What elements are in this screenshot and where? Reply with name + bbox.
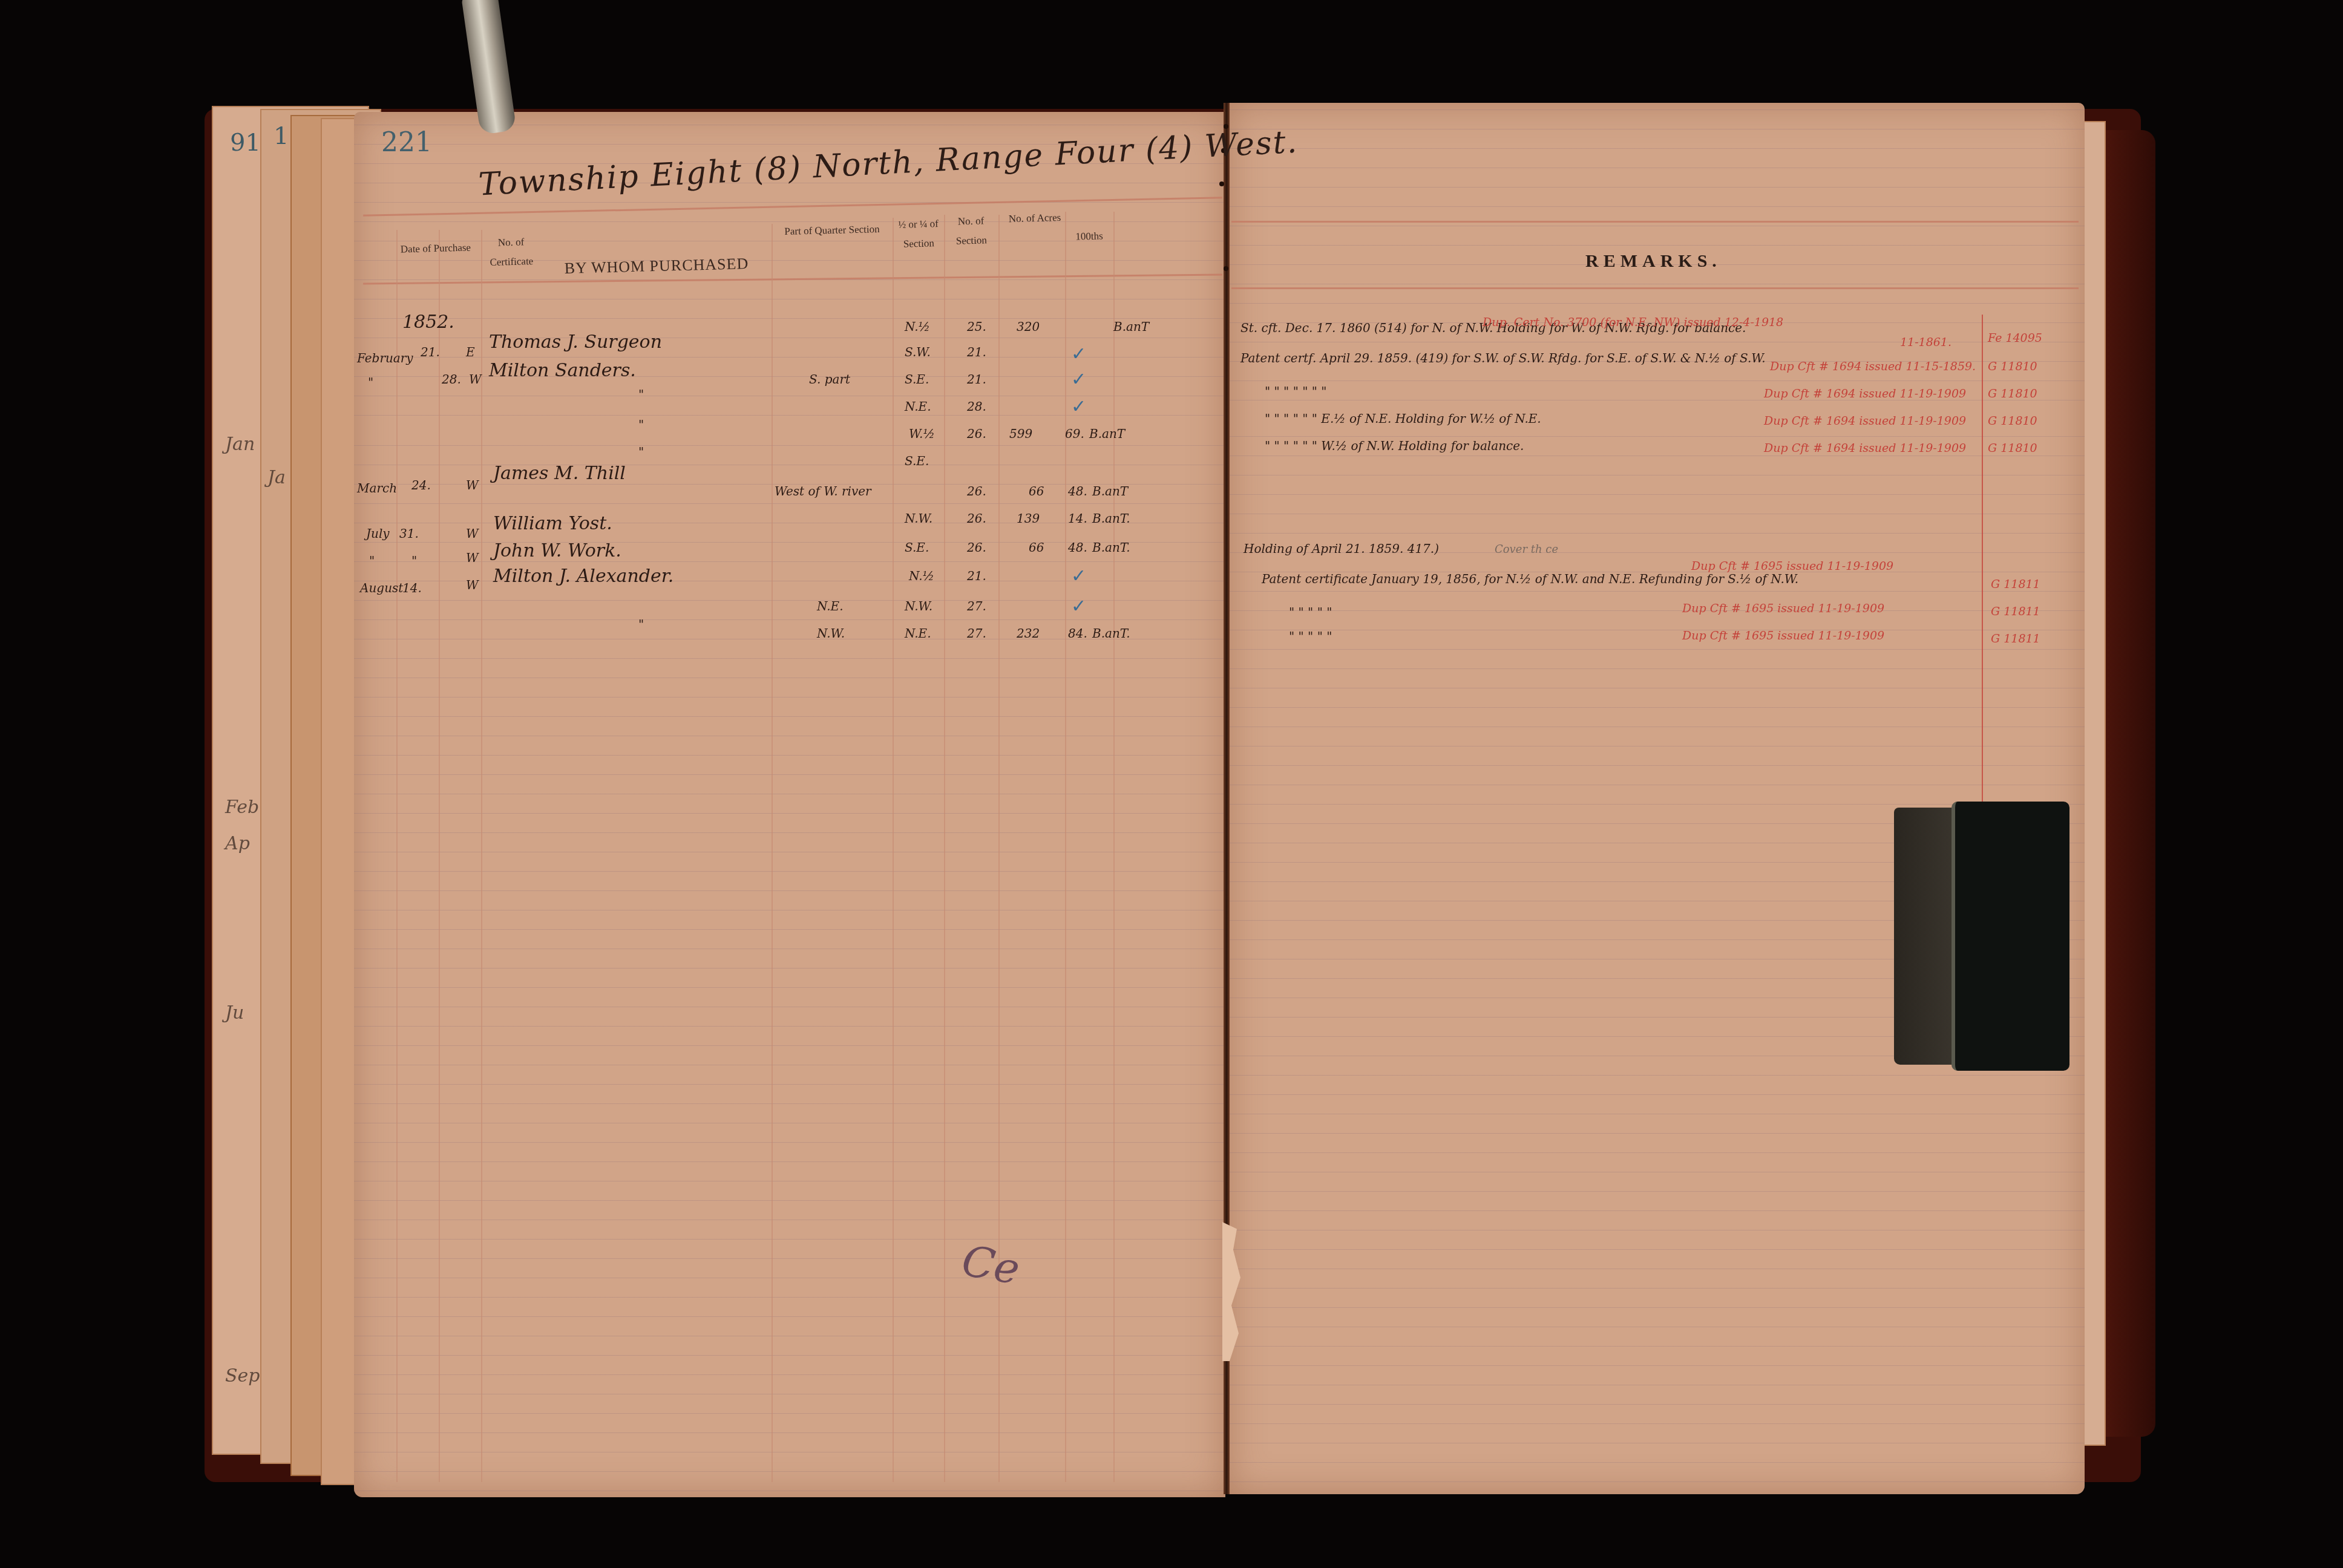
ditto-mark: ": [638, 617, 644, 632]
remark-red-annotation: 11-1861.: [1900, 336, 1951, 349]
remark-red-annotation: Dup Cft # 1695 issued 11-19-1909: [1682, 629, 1884, 642]
stitch-hole: [1219, 181, 1224, 186]
remark-red-annotation: Dup Cft # 1694 issued 11-19-1909: [1764, 442, 1966, 455]
remark-red-annotation: Dup Cft # 1694 issued 11-19-1909: [1764, 414, 1966, 428]
check-mark: ✓: [1071, 596, 1086, 617]
remark-text: " " " " ": [1289, 629, 1332, 644]
entry-quarter: S.E.: [905, 540, 929, 555]
remark-faint-note: Cover th ce: [1495, 543, 1558, 556]
remark-reference: G 11811: [1991, 578, 2040, 591]
remark-red-annotation: Dup Cft # 1695 issued 11-19-1909: [1682, 602, 1884, 615]
margin-note: Jan: [225, 434, 255, 455]
entry-section: 21.: [967, 569, 986, 583]
page-number: 221: [381, 127, 432, 158]
entry-note: B.anT.: [1092, 511, 1130, 526]
entry-section: 26.: [967, 511, 986, 526]
entry-day: 28.: [442, 372, 461, 387]
ditto-mark: ": [638, 417, 644, 432]
entry-day: 31.: [399, 526, 419, 541]
column-rule: [1065, 212, 1066, 1482]
column-rule: [439, 230, 440, 1482]
entry-section: 28.: [967, 399, 986, 414]
entry-cert: E: [466, 345, 475, 359]
entry-part: N.W.: [817, 626, 845, 641]
entry-quarter: N.½: [909, 569, 934, 583]
entry-day: ": [411, 554, 417, 568]
remark-text: " " " " ": [1289, 605, 1332, 619]
column-header-date: Date of Purchase: [399, 238, 473, 259]
column-rule: [944, 215, 945, 1482]
remark-text: Patent certf. April 29. 1859. (419) for …: [1240, 351, 1766, 365]
column-header-acres: No. of Acres: [1004, 208, 1066, 229]
entry-quarter: N.E.: [905, 399, 931, 414]
entry-acres: 66: [1029, 540, 1044, 555]
entry-cert: W: [466, 578, 479, 592]
entry-section: 21.: [967, 345, 986, 359]
entry-quarter: N.E.: [905, 626, 931, 641]
column-header-hundredths: 100ths: [1066, 226, 1113, 247]
remark-reference: G 11810: [1988, 360, 2037, 373]
ditto-mark: ": [638, 387, 644, 402]
remark-text: " " " " " " E.½ of N.E. Holding for W.½ …: [1265, 411, 1541, 426]
entry-acres: 232: [1017, 626, 1040, 641]
entry-acres: 66: [1029, 484, 1044, 498]
entry-acres: 599: [1009, 426, 1032, 441]
check-mark: ✓: [1071, 344, 1086, 365]
ruled-lines: [354, 112, 1225, 1497]
check-mark: ✓: [1071, 369, 1086, 390]
entry-hundredths: 48.: [1068, 484, 1087, 498]
header-rule: [1231, 287, 2079, 289]
entry-quarter: S.E.: [905, 372, 929, 387]
entry-section: 21.: [967, 372, 986, 387]
entry-month: March: [357, 481, 397, 495]
column-header-part-of-quarter: Part of Quarter Section: [775, 220, 890, 242]
entry-quarter: N.½: [905, 319, 930, 334]
entry-part: N.E.: [817, 599, 844, 613]
entry-section: 27.: [967, 599, 986, 613]
entry-acres: 139: [1017, 511, 1040, 526]
right-page: [1228, 103, 2085, 1494]
margin-note: Feb: [225, 797, 259, 818]
entry-cert: W: [466, 550, 479, 565]
entry-acres: 320: [1017, 319, 1040, 334]
column-header-certificate: No. of Certificate: [483, 232, 539, 273]
remark-red-annotation: Dup Cft # 1694 issued 11-19-1909: [1764, 387, 1966, 400]
entry-section: 26.: [967, 540, 986, 555]
entry-purchaser: Milton Sanders.: [489, 360, 636, 381]
entry-hundredths: 14.: [1068, 511, 1087, 526]
ditto-mark: ": [638, 445, 644, 459]
remark-text: Holding of April 21. 1859. 417.): [1244, 541, 1439, 556]
entry-quarter: N.W.: [905, 511, 932, 526]
column-rule: [893, 218, 894, 1482]
entry-quarter: S.E.: [905, 454, 929, 468]
ruled-lines: [1228, 103, 2085, 1494]
entry-quarter: N.W.: [905, 599, 932, 613]
entry-purchaser: John W. Work.: [493, 540, 621, 561]
entry-day: 21.: [421, 345, 440, 359]
remark-red-annotation: Dup Cft # 1695 issued 11-19-1909: [1691, 560, 1893, 573]
column-rule: [772, 224, 773, 1482]
book-cover-edge: [2106, 130, 2155, 1437]
entry-note: B.anT: [1113, 319, 1149, 334]
column-header-section: No. of Section: [945, 211, 998, 252]
entry-cert: W: [466, 478, 479, 492]
entry-part: S. part: [809, 372, 850, 387]
pencil-mark: Ce: [958, 1235, 1024, 1294]
entry-hundredths: 84.: [1068, 626, 1087, 641]
margin-note: Ap: [225, 833, 250, 854]
entry-month: August: [360, 581, 403, 595]
entry-month: February: [357, 351, 413, 365]
remark-reference: G 11810: [1988, 442, 2037, 455]
entry-part: West of W. river: [775, 484, 871, 498]
entry-cert: W: [469, 372, 482, 387]
entry-note: B.anT: [1092, 484, 1128, 498]
entry-month: ": [369, 554, 375, 568]
year-label: 1852.: [402, 312, 454, 333]
entry-purchaser: Thomas J. Surgeon: [489, 332, 662, 353]
entry-note: B.anT.: [1092, 626, 1130, 641]
entry-note: B.anT.: [1092, 540, 1130, 555]
remark-text: Patent certificate January 19, 1856, for…: [1262, 572, 1798, 586]
entry-hundredths: 69.: [1065, 426, 1084, 441]
header-rule: [1231, 221, 2079, 223]
weight-side: [1894, 808, 1961, 1065]
margin-note: Ja: [267, 467, 286, 488]
remark-reference: G 11811: [1991, 605, 2040, 618]
weight-top: [1951, 802, 2069, 1071]
remark-text: " " " " " " ": [1265, 384, 1327, 399]
remark-reference: G 11810: [1988, 387, 2037, 400]
entry-day: 14.: [402, 581, 422, 595]
entry-section: 25.: [967, 319, 986, 334]
margin-note: Ju: [225, 1002, 244, 1024]
column-header-half-quarter: ½ or ¼ of Section: [894, 214, 943, 255]
remark-reference: G 11810: [1988, 414, 2037, 428]
entry-month: July: [366, 526, 390, 541]
check-mark: ✓: [1071, 396, 1086, 417]
page-tab-number: 1: [274, 122, 289, 150]
entry-quarter: S.W.: [905, 345, 931, 359]
entry-section: 27.: [967, 626, 986, 641]
ledger-photo: 91 Jan Feb Ap Ju Sept 1 Ja 221 Township …: [0, 0, 2343, 1568]
column-rule: [481, 230, 482, 1482]
entry-purchaser: William Yost.: [493, 513, 612, 534]
remark-text: " " " " " " W.½ of N.W. Holding for bala…: [1265, 439, 1524, 453]
entry-purchaser: James M. Thill: [493, 463, 626, 484]
entry-day: 24.: [411, 478, 431, 492]
remark-reference: Fe 14095: [1988, 332, 2042, 345]
remark-red-annotation: Dup. Cert No. 3700 (for N.E. NW) issued …: [1483, 316, 1783, 329]
entry-purchaser: Milton J. Alexander.: [493, 566, 673, 587]
entry-month: ": [368, 375, 373, 390]
column-rule: [1113, 212, 1115, 1482]
entry-cert: W: [466, 526, 479, 541]
column-rule: [396, 230, 398, 1482]
column-header-purchaser: BY WHOM PURCHASED: [553, 249, 759, 284]
remark-reference: G 11811: [1991, 632, 2040, 645]
entry-quarter: W.½: [909, 426, 935, 441]
column-header-remarks: REMARKS.: [1585, 251, 1722, 272]
entry-section: 26.: [967, 426, 986, 441]
entry-section: 26.: [967, 484, 986, 498]
entry-hundredths: 48.: [1068, 540, 1087, 555]
column-rule: [998, 215, 1000, 1482]
entry-note: B.anT: [1089, 426, 1125, 441]
remark-red-annotation: Dup Cft # 1694 issued 11-15-1859.: [1770, 360, 1976, 373]
stitch-hole: [1224, 266, 1228, 271]
left-page: [354, 112, 1225, 1497]
book-weight-icon: [1894, 802, 2069, 1071]
page-tab-number: 91: [230, 129, 261, 157]
check-mark: ✓: [1071, 566, 1086, 587]
